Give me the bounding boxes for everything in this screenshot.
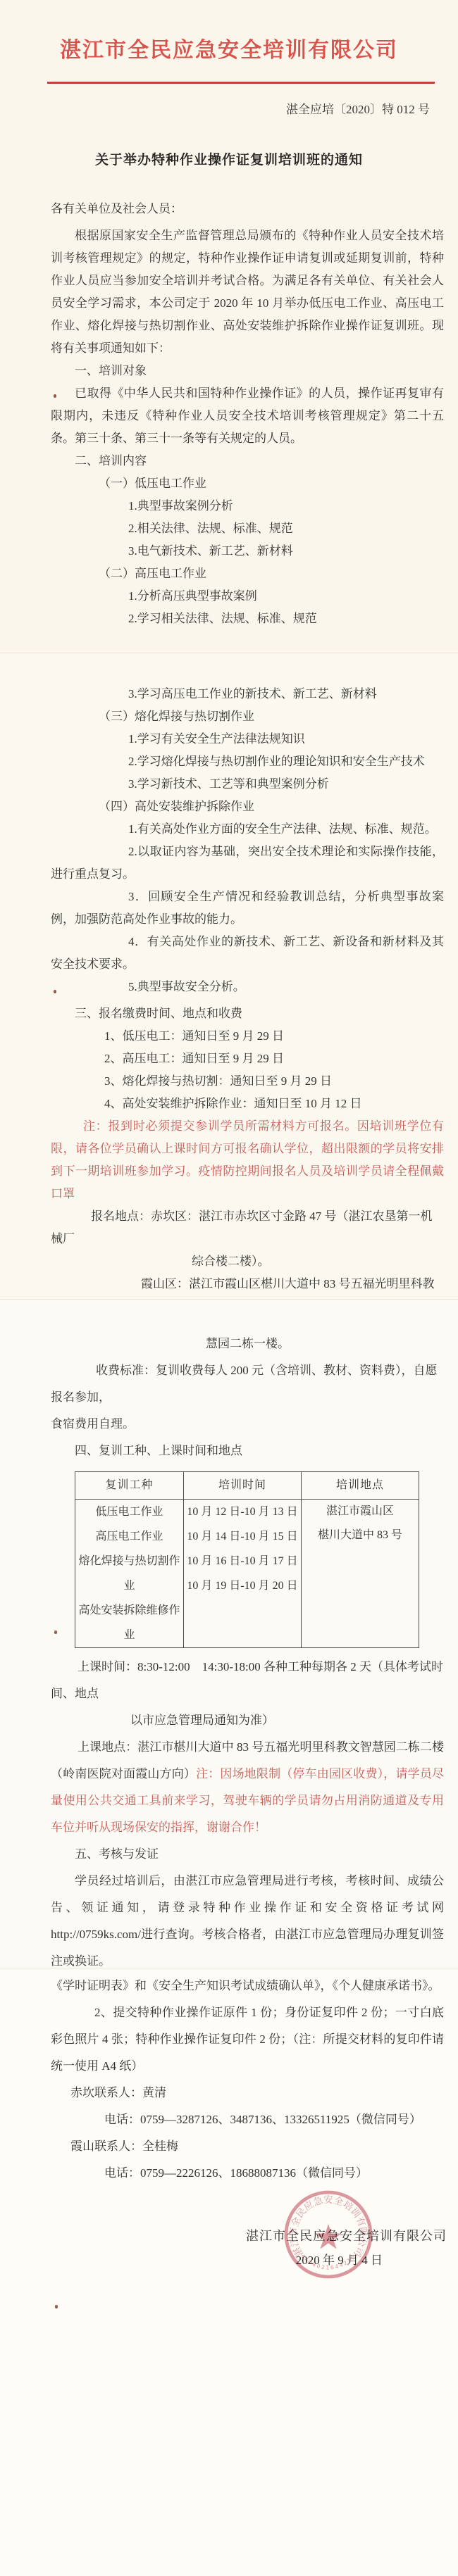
table-header-row: 复训工种 培训时间 培训地点: [75, 1472, 419, 1500]
list-item: 2、高压电工：通知日至 9 月 29 日: [104, 1048, 444, 1070]
section-3-heading: 三、报名缴费时间、地点和收费: [75, 1003, 444, 1025]
class-time-line: 以市应急管理局通知为准）: [130, 1707, 444, 1734]
list-item: 2.以取证内容为基础，突出安全技术理论和实际操作技能，进行重点复习。: [51, 841, 444, 886]
intro-paragraph: 根据原国家安全生产监督管理总局颁布的《特种作业人员安全技术培训考核管理规定》的规…: [51, 225, 444, 360]
subsection-3-heading: （三）熔化焊接与热切割作业: [99, 705, 444, 728]
table-time: 10 月 14 日-10 月 15 日: [184, 1524, 301, 1549]
list-item: 4、高处安装维护拆除作业：通知日至 10 月 12 日: [104, 1093, 444, 1115]
letterhead-company-title: 湛江市全民应急安全培训有限公司: [0, 0, 458, 63]
table-job: 低压电工作业: [75, 1500, 183, 1524]
class-place-paragraph: 上课地点：湛江市椹川大道中 83 号五福光明里科教文智慧园二栋二楼（岭南医院对面…: [51, 1734, 444, 1841]
list-item: 4．有关高处作业的新技术、新工艺、新设备和新材料及其安全技术要求。: [51, 931, 444, 976]
list-item: 3．回顾安全生产情况和经验教训总结，分析典型事故案例，加强防范高处作业事故的能力…: [51, 886, 444, 931]
table-header-job: 复训工种: [75, 1472, 184, 1500]
section-2-heading: 二、培训内容: [75, 450, 444, 472]
registration-location-line: 综合楼二楼）。: [192, 1250, 444, 1273]
subsection-4-heading: （四）高处安装维护拆除作业: [99, 796, 444, 818]
ink-speck: [55, 2305, 58, 2308]
table-location-line: 椹川大道中 83 号: [302, 1523, 419, 1547]
list-item: 1.典型事故案例分析: [128, 495, 444, 517]
list-item: 1、低压电工：通知日至 9 月 29 日: [104, 1025, 444, 1048]
registration-location-line: 慧园二栋一楼。: [206, 1331, 444, 1357]
page-1: 湛江市全民应急安全培训有限公司 湛全应培〔2020〕特 012 号 关于举办特种…: [0, 0, 458, 653]
materials-item: 2、提交特种作业操作证原件 1 份；身份证复印件 2 份；一寸白底彩色照片 4 …: [51, 1999, 444, 2080]
table-cell-jobs: 低压电工作业 高压电工作业 熔化焊接与热切割作业 高处安装拆除维修作业: [75, 1500, 184, 1648]
table-header-time: 培训时间: [184, 1472, 302, 1500]
section-5-body: 学员经过培训后，由湛江市应急管理局进行考核，考核时间、成绩公告、领证通知，请登录…: [51, 1868, 444, 1968]
table-job: 熔化焊接与热切割作业: [75, 1549, 183, 1598]
page-4: 《学时证明表》和《安全生产知识考试成绩确认单》，《个人健康承诺书》。 2、提交特…: [0, 1968, 458, 2576]
list-item: 3.学习高压电工作业的新技术、新工艺、新材料: [128, 683, 444, 705]
list-item: 1.学习有关安全生产法律法规知识: [128, 728, 444, 750]
scanned-notice-document: 湛江市全民应急安全培训有限公司 湛全应培〔2020〕特 012 号 关于举办特种…: [0, 0, 458, 2576]
signature-date: 2020 年 9 月 4 日: [296, 2250, 383, 2268]
document-number: 湛全应培〔2020〕特 012 号: [0, 99, 458, 117]
list-item: 1.有关高处作业方面的安全生产法律、法规、标准、规范。: [51, 818, 444, 841]
list-item: 3.电气新技术、新工艺、新材料: [128, 540, 444, 563]
subsection-1-heading: （一）低压电工作业: [99, 472, 444, 495]
registration-location-line: 报名地点：赤坎区：湛江市赤坎区寸金路 47 号（湛江农垦第一机械厂: [51, 1205, 444, 1250]
salutation: 各有关单位及社会人员：: [51, 198, 444, 220]
section-1-body: 已取得《中华人民共和国特种作业操作证》的人员，操作证再复审有限期内，未违反《特种…: [51, 382, 444, 450]
registration-location-line: 霞山区：湛江市霞山区椹川大道中 83 号五福光明里科教文智: [141, 1273, 444, 1299]
list-item: 5.典型事故安全分析。: [128, 976, 444, 998]
ink-speck: [54, 394, 56, 398]
list-item: 2.学习相关法律、法规、标准、规范: [128, 608, 444, 630]
list-item: 2.相关法律、法规、标准、规范: [128, 517, 444, 540]
contact-chikan-phone: 电话：0759—3287126、3487136、13326511925（微信同号…: [104, 2106, 444, 2133]
subsection-2-heading: （二）高压电工作业: [99, 563, 444, 585]
list-item: 1.分析高压典型事故案例: [128, 585, 444, 608]
fee-standard-line: 收费标准：复训收费每人 200 元（含培训、教材、资料费），自愿报名参加，: [51, 1357, 444, 1411]
materials-item: 《学时证明表》和《安全生产知识考试成绩确认单》，《个人健康承诺书》。: [51, 1973, 444, 1999]
section-5-heading: 五、考核与发证: [75, 1841, 444, 1868]
table-body-row: 低压电工作业 高压电工作业 熔化焊接与热切割作业 高处安装拆除维修作业 10 月…: [75, 1500, 419, 1648]
table-time: 10 月 16 日-10 月 17 日: [184, 1549, 301, 1573]
registration-red-note: 注：报到时必须提交参训学员所需材料方可报名。因培训班学位有限，请各位学员确认上课…: [51, 1115, 444, 1205]
table-cell-location: 湛江市霞山区 椹川大道中 83 号: [302, 1500, 419, 1648]
letterhead-red-rule: [47, 82, 435, 84]
table-cell-times: 10 月 12 日-10 月 13 日 10 月 14 日-10 月 15 日 …: [184, 1500, 302, 1648]
section-1-heading: 一、培训对象: [75, 360, 444, 382]
table-time: 10 月 12 日-10 月 13 日: [184, 1500, 301, 1524]
contact-xiashan-phone: 电话：0759—2226126、18688087136（微信同号）: [104, 2160, 444, 2187]
ink-speck: [54, 990, 56, 993]
table-job: 高处安装拆除维修作业: [75, 1598, 183, 1647]
document-title: 关于举办特种作业操作证复训培训班的通知: [0, 149, 458, 168]
fee-standard-line: 食宿费用自理。: [51, 1411, 444, 1438]
page-3: 慧园二栋一楼。 收费标准：复训收费每人 200 元（含培训、教材、资料费），自愿…: [0, 1299, 458, 1968]
table-header-location: 培训地点: [302, 1472, 419, 1500]
section-4-heading: 四、复训工种、上课时间和地点: [75, 1438, 444, 1464]
list-item: 3.学习新技术、工艺等和典型案例分析: [128, 773, 444, 796]
table-location-line: 湛江市霞山区: [302, 1500, 419, 1523]
ink-speck: [54, 1631, 57, 1634]
training-schedule-table: 复训工种 培训时间 培训地点 低压电工作业 高压电工作业 熔化焊接与热切割作业 …: [75, 1471, 419, 1648]
contact-chikan: 赤坎联系人：黄清: [70, 2080, 444, 2106]
page-2: 3.学习高压电工作业的新技术、新工艺、新材料 （三）熔化焊接与热切割作业 1.学…: [0, 653, 458, 1299]
table-time: 10 月 19 日-10 月 20 日: [184, 1573, 301, 1598]
list-item: 2.学习熔化焊接与热切割作业的理论知识和安全生产技术: [128, 750, 444, 773]
class-time-line: 上课时间：8:30-12:00 14:30-18:00 各种工种每期各 2 天（…: [51, 1654, 444, 1707]
list-item: 3、熔化焊接与热切割：通知日至 9 月 29 日: [104, 1070, 444, 1093]
contact-xiashan: 霞山联系人：全桂梅: [70, 2133, 444, 2160]
signature-company-name: 湛江市全民应急安全培训有限公司: [246, 2226, 447, 2244]
table-job: 高压电工作业: [75, 1524, 183, 1549]
